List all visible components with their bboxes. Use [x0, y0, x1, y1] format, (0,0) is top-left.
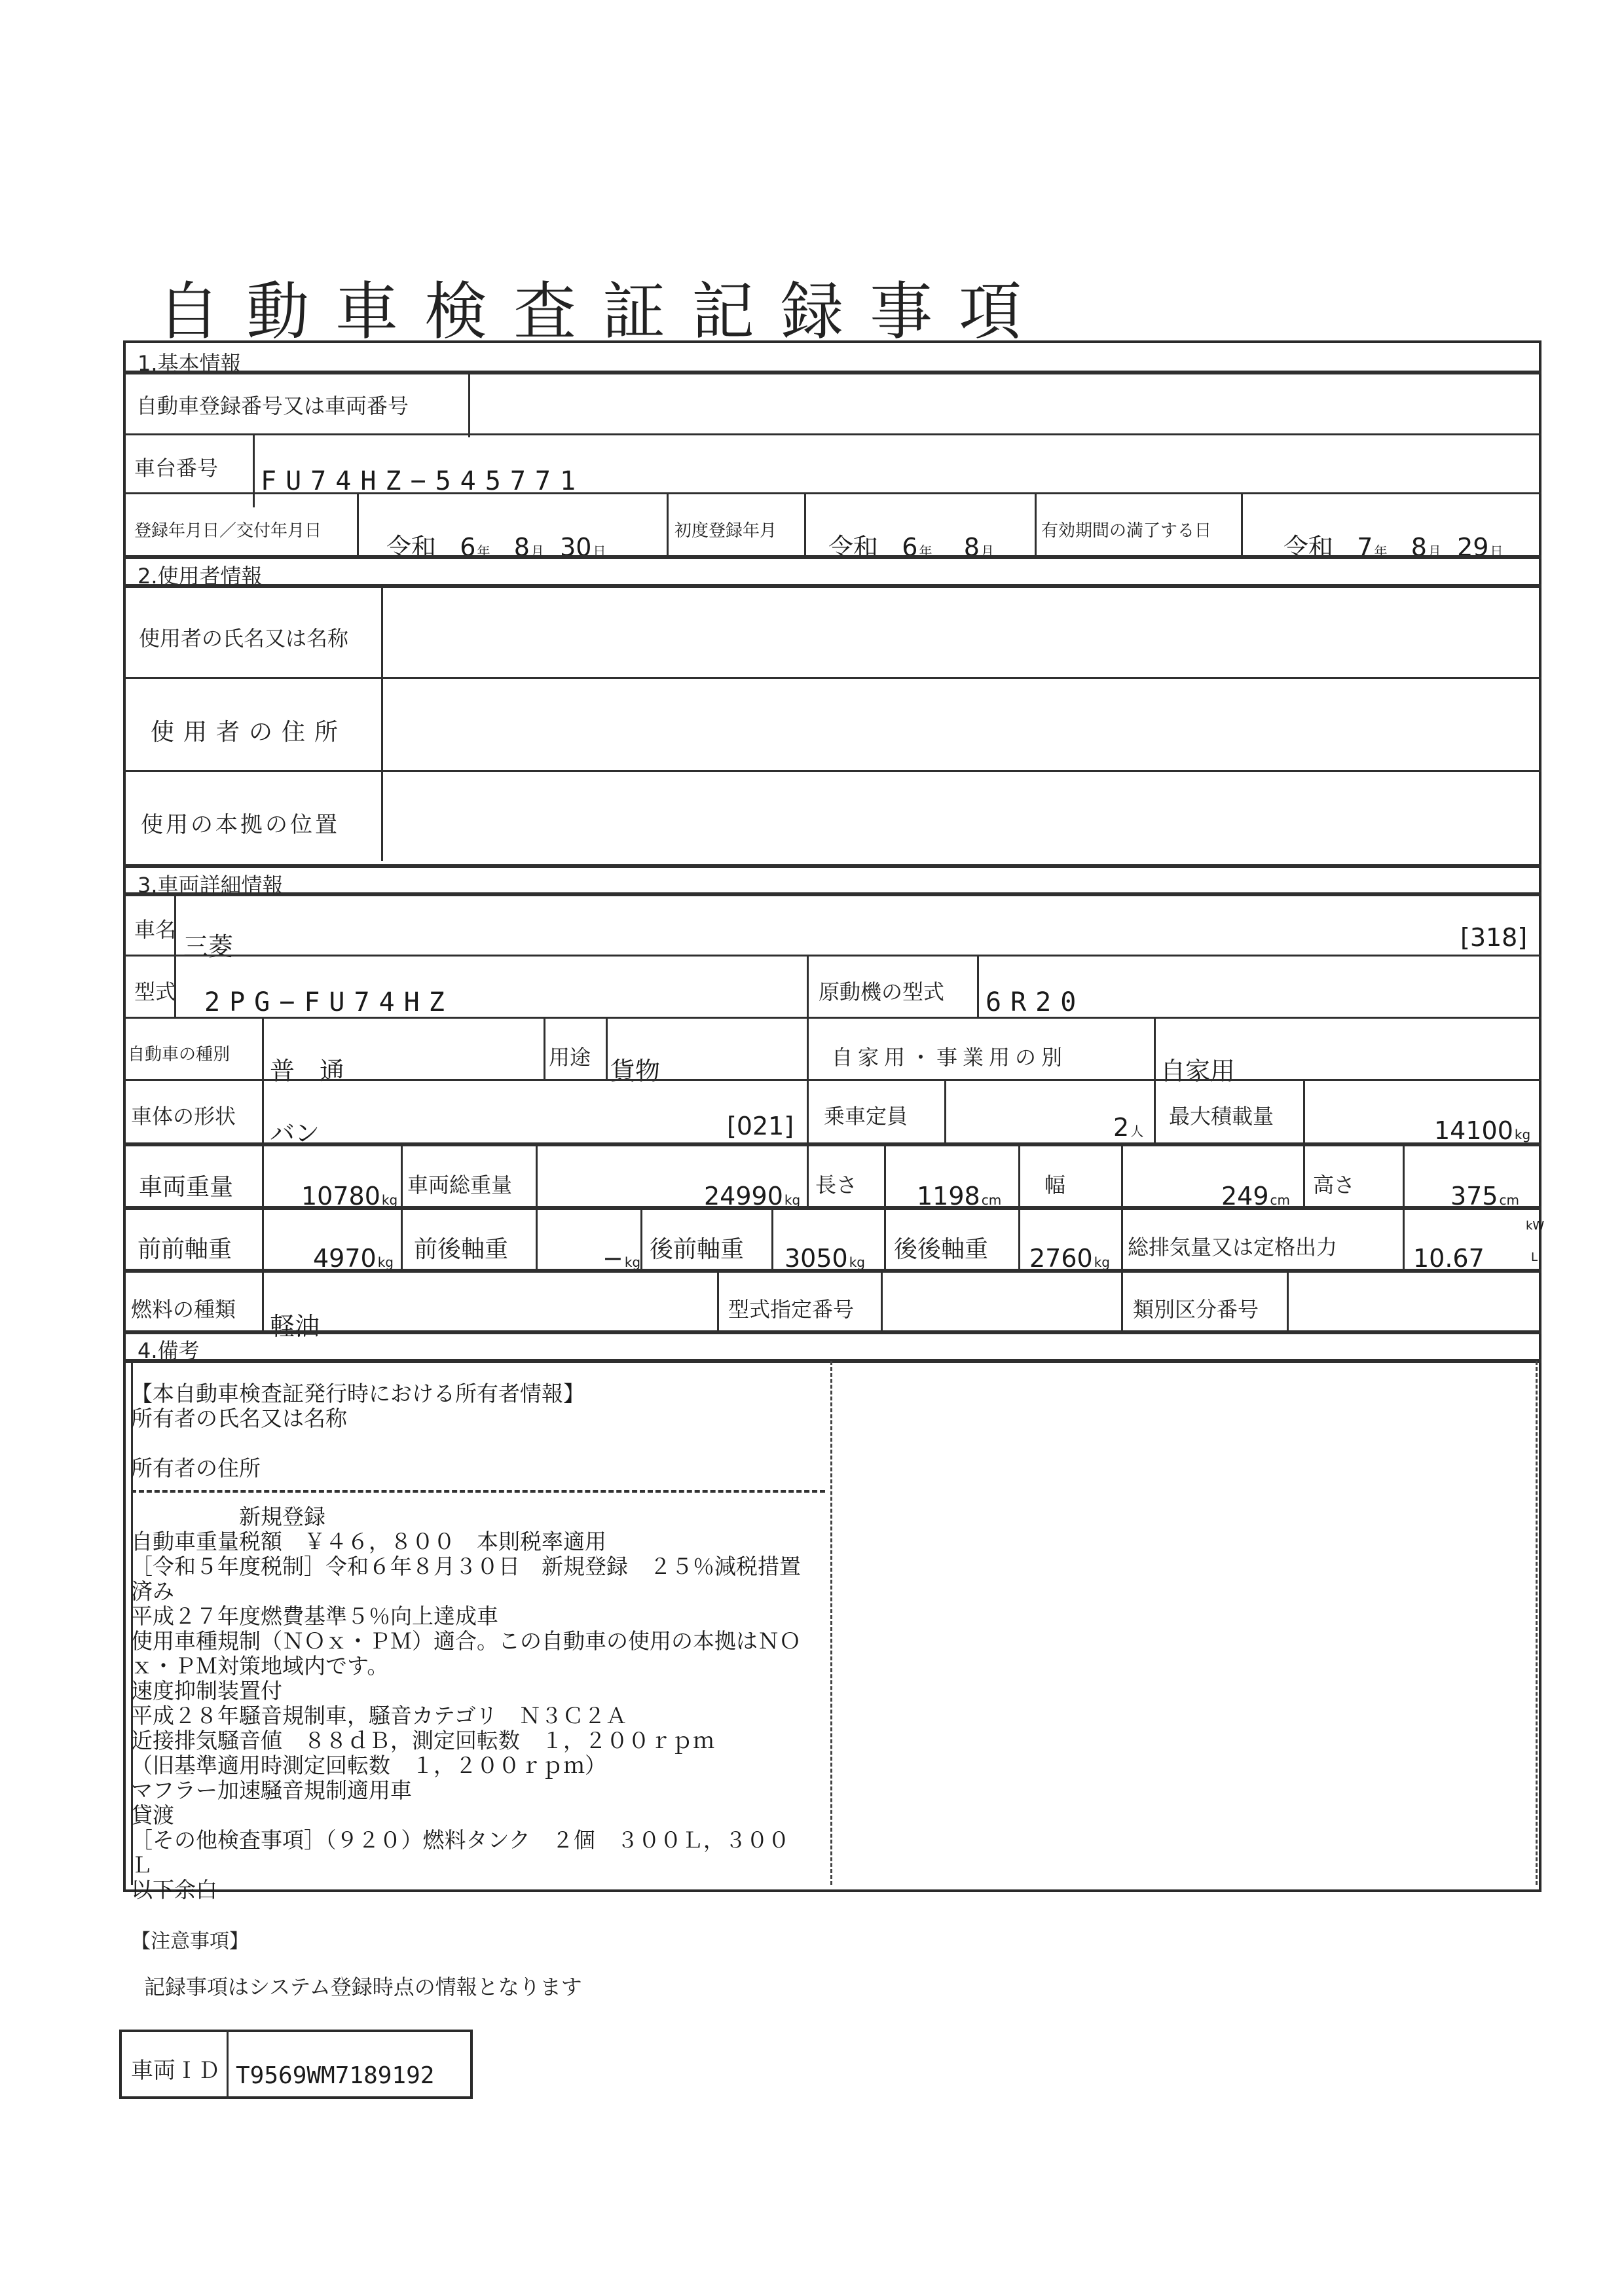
divider — [804, 494, 806, 556]
divider — [807, 1144, 809, 1206]
divider — [1035, 494, 1037, 556]
divider — [262, 1208, 264, 1269]
engine-model-value: 6R20 — [986, 987, 1085, 1017]
remarks-line: 済み — [131, 1579, 832, 1604]
divider — [884, 1208, 886, 1269]
remarks-line: ｘ・ＰＭ対策地域内です。 — [131, 1654, 832, 1679]
divider — [1121, 1208, 1123, 1269]
divider — [123, 1206, 1541, 1210]
remarks-line: 所有者の氏名又は名称 — [131, 1406, 832, 1431]
purpose-value: 貨物 — [610, 1051, 660, 1087]
divider — [227, 2030, 229, 2099]
divider — [1303, 1144, 1305, 1206]
divider — [717, 1271, 719, 1331]
divider — [1154, 1081, 1156, 1142]
capacity-label: 乗車定員 — [824, 1100, 908, 1130]
user-address-label: 使用者の住所 — [151, 714, 347, 747]
divider — [123, 1142, 1541, 1146]
remarks-line: 速度抑制装置付 — [131, 1679, 832, 1704]
rf-axle-unit: kg — [849, 1254, 865, 1270]
fuel-value: 軽油 — [270, 1306, 320, 1342]
model-label: 型式 — [134, 975, 176, 1006]
divider — [667, 494, 669, 556]
remarks-right-edge — [1536, 1361, 1538, 1885]
divider — [123, 433, 1541, 435]
remarks-line: Ｌ — [131, 1853, 832, 1878]
divider — [253, 435, 255, 507]
divider — [262, 1081, 264, 1142]
notes-text: 記録事項はシステム登録時点の情報となります — [144, 1971, 582, 2001]
divider — [123, 1079, 1541, 1081]
divider — [357, 494, 359, 556]
divider — [606, 1019, 608, 1080]
divider — [262, 1019, 264, 1080]
private-business-value: 自家用 — [1160, 1051, 1235, 1087]
fr-axle-unit: kg — [625, 1254, 640, 1270]
divider — [771, 1208, 773, 1269]
chassis-number-label: 車台番号 — [134, 452, 218, 482]
vehicle-type-value: 普 通 — [270, 1051, 344, 1087]
car-name-label: 車名 — [134, 913, 176, 943]
divider — [1303, 1081, 1305, 1142]
divider — [123, 677, 1541, 679]
divider — [123, 555, 1541, 559]
displacement-unit-kw: kW — [1526, 1219, 1544, 1233]
divider — [1287, 1271, 1289, 1331]
gross-weight-label: 車両総重量 — [407, 1169, 512, 1199]
fuel-label: 燃料の種類 — [131, 1293, 236, 1323]
remarks-line: 平成２７年度燃費基準５％向上達成車 — [131, 1604, 832, 1629]
divider — [640, 1208, 642, 1269]
vehicle-type-label: 自動車の種別 — [128, 1041, 230, 1065]
remarks-line: ［令和５年度税制］令和６年８月３０日 新規登録 ２５％減税措置 — [131, 1554, 832, 1579]
capacity-number: 2 — [1113, 1113, 1129, 1142]
base-location-label: 使用の本拠の位置 — [141, 807, 340, 839]
divider — [544, 1019, 545, 1080]
divider — [123, 1017, 1541, 1019]
remarks-line: 平成２８年騒音規制車，騒音カテゴリ Ｎ３Ｃ２Ａ — [131, 1704, 832, 1728]
rr-axle-label: 後後軸重 — [894, 1231, 988, 1264]
divider — [123, 1359, 1541, 1363]
divider — [1018, 1208, 1020, 1269]
vehicle-id-value: T9569WM7189192 — [236, 2062, 434, 2089]
divider — [1403, 1144, 1405, 1206]
divider — [401, 1208, 403, 1269]
engine-model-label: 原動機の型式 — [819, 975, 944, 1006]
category-number-label: 類別区分番号 — [1133, 1293, 1259, 1323]
expiry-label: 有効期間の満了する日 — [1041, 517, 1211, 541]
remarks-line: ［その他検査事項］（９２０）燃料タンク ２個 ３００Ｌ，３００ — [131, 1828, 832, 1853]
divider — [174, 957, 176, 1018]
height-label: 高さ — [1313, 1169, 1355, 1199]
document-title: 自動車検査証記録事項 — [157, 262, 1048, 352]
divider — [123, 584, 1541, 588]
remarks-line: 使用車種規制（ＮＯｘ・ＰＭ）適合。この自動車の使用の本拠はＮＯ — [131, 1629, 832, 1654]
registration-date-label: 登録年月日／交付年月日 — [134, 517, 322, 541]
divider — [944, 1081, 946, 1142]
max-load-label: 最大積載量 — [1169, 1100, 1274, 1130]
divider — [807, 957, 809, 1018]
divider — [807, 1019, 809, 1080]
registration-number-label: 自動車登録番号又は車両番号 — [136, 390, 409, 420]
divider — [262, 1144, 264, 1206]
divider — [1154, 1019, 1156, 1080]
remarks-text: 【本自動車検査証発行時における所有者情報】所有者の氏名又は名称 所有者の住所 新… — [131, 1381, 832, 1903]
divider — [807, 1081, 809, 1142]
divider — [123, 492, 1541, 494]
divider — [123, 1330, 1541, 1334]
ff-axle-unit: kg — [378, 1254, 394, 1270]
divider — [1403, 1208, 1405, 1269]
divider — [1121, 1144, 1123, 1206]
divider — [123, 371, 1541, 374]
remarks-line: 貸渡 — [131, 1803, 832, 1828]
divider — [536, 1208, 538, 1269]
displacement-label: 総排気量又は定格出力 — [1128, 1231, 1337, 1261]
divider — [884, 1144, 886, 1206]
remarks-line: 所有者の住所 — [131, 1456, 832, 1481]
divider — [123, 892, 1541, 896]
remarks-line: 新規登録 — [131, 1504, 832, 1529]
remarks-line: （旧基準適用時測定回転数 １，２００ｒｐｍ） — [131, 1753, 832, 1778]
divider — [881, 1271, 883, 1331]
car-name-value: 三菱 — [183, 926, 233, 962]
body-shape-code: [021] — [727, 1112, 794, 1140]
rf-axle-label: 後前軸重 — [650, 1231, 744, 1264]
notes-heading: 【注意事項】 — [131, 1925, 249, 1954]
max-load-unit: kg — [1515, 1127, 1530, 1142]
divider — [123, 864, 1541, 868]
divider — [123, 1269, 1541, 1273]
length-label: 長さ — [815, 1169, 857, 1199]
remarks-line: 【本自動車検査証発行時における所有者情報】 — [131, 1381, 832, 1406]
divider — [977, 957, 979, 1018]
purpose-label: 用途 — [549, 1041, 591, 1071]
vehicle-id-label: 車両ＩＤ — [131, 2052, 220, 2085]
model-value: 2PG−FU74HZ — [204, 987, 454, 1017]
divider — [262, 1271, 264, 1331]
divider — [468, 372, 470, 437]
displacement-unit-l: L — [1531, 1250, 1538, 1264]
vehicle-weight-label: 車両重量 — [139, 1169, 233, 1202]
remarks-line: マフラー加速騒音規制適用車 — [131, 1778, 832, 1803]
capacity-value: 2人 — [1113, 1113, 1143, 1142]
max-load-value: 14100kg — [1434, 1116, 1530, 1145]
remarks-line: 以下余白 — [131, 1878, 832, 1903]
divider — [536, 1144, 538, 1206]
divider — [1121, 1271, 1123, 1331]
rr-axle-unit: kg — [1094, 1254, 1110, 1270]
type-designation-label: 型式指定番号 — [728, 1293, 854, 1323]
capacity-unit: 人 — [1130, 1123, 1143, 1139]
user-name-label: 使用者の氏名又は名称 — [139, 622, 348, 652]
fr-axle-label: 前後軸重 — [414, 1231, 508, 1264]
body-shape-label: 車体の形状 — [131, 1100, 236, 1130]
divider — [174, 894, 176, 956]
car-name-code: [318] — [1460, 923, 1527, 952]
divider — [381, 586, 383, 861]
remarks-line: 近接排気騒音値 ８８ｄＢ，測定回転数 １，２００ｒｐｍ — [131, 1728, 832, 1753]
remarks-line — [131, 1431, 832, 1456]
divider — [401, 1144, 403, 1206]
width-label: 幅 — [1044, 1169, 1065, 1199]
first-registration-label: 初度登録年月 — [674, 517, 777, 541]
ff-axle-label: 前前軸重 — [138, 1231, 232, 1264]
remarks-line: 自動車重量税額 ￥４６，８００ 本則税率適用 — [131, 1529, 832, 1554]
private-business-label: 自家用・事業用の別 — [832, 1041, 1067, 1071]
max-load-number: 14100 — [1434, 1116, 1513, 1145]
divider — [123, 770, 1541, 772]
divider — [1018, 1144, 1020, 1206]
divider — [123, 955, 1541, 957]
remarks-line — [131, 1490, 825, 1493]
divider — [1241, 494, 1243, 556]
